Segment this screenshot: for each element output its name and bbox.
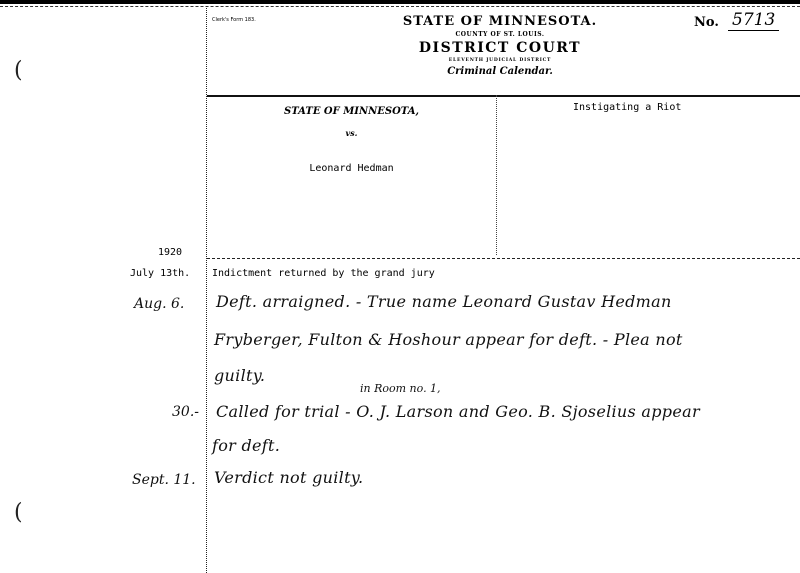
punch-hole-mark-bottom: (	[14, 500, 23, 525]
caption-top-rule	[207, 95, 800, 97]
docket-year: 1920	[158, 247, 182, 258]
entry-text: Indictment returned by the grand jury	[212, 268, 435, 279]
entry-text: Fryberger, Fulton & Hoshour appear for d…	[214, 330, 683, 349]
charge: Instigating a Riot	[573, 102, 681, 113]
entry-text: for deft.	[212, 436, 280, 455]
entry-text: guilty.	[214, 366, 265, 385]
header-county: COUNTY OF ST. LOUIS.	[330, 31, 670, 38]
entry-date: 30.-	[172, 404, 199, 420]
plaintiff: STATE OF MINNESOTA,	[207, 106, 496, 117]
defendant: Leonard Hedman	[207, 163, 496, 174]
versus: vs.	[207, 128, 496, 138]
header-calendar: Criminal Calendar.	[330, 66, 670, 77]
top-border-line	[0, 6, 800, 7]
margin-rule	[206, 6, 207, 573]
entry-text: Verdict not guilty.	[214, 468, 363, 487]
entry-date: July 13th.	[130, 268, 190, 279]
punch-hole-mark-top: (	[14, 58, 23, 83]
entry-date: Sept. 11.	[132, 472, 196, 488]
header-court: DISTRICT COURT	[330, 40, 670, 56]
entry-text: Deft. arraigned. - True name Leonard Gus…	[216, 292, 672, 311]
case-number-value: 5713	[728, 10, 779, 31]
top-edge-bar	[0, 0, 800, 4]
docket-top-rule	[207, 258, 800, 259]
entry-insert: in Room no. 1,	[360, 382, 441, 395]
entry-text: Called for trial - O. J. Larson and Geo.…	[216, 402, 700, 421]
caption-divider	[496, 95, 497, 255]
entry-date: Aug. 6.	[134, 296, 184, 312]
header-district: ELEVENTH JUDICIAL DISTRICT	[330, 58, 670, 63]
case-number-label: No.	[694, 15, 719, 30]
form-number: Clerk's Form 183.	[212, 17, 256, 23]
header-state: STATE OF MINNESOTA.	[330, 14, 670, 29]
